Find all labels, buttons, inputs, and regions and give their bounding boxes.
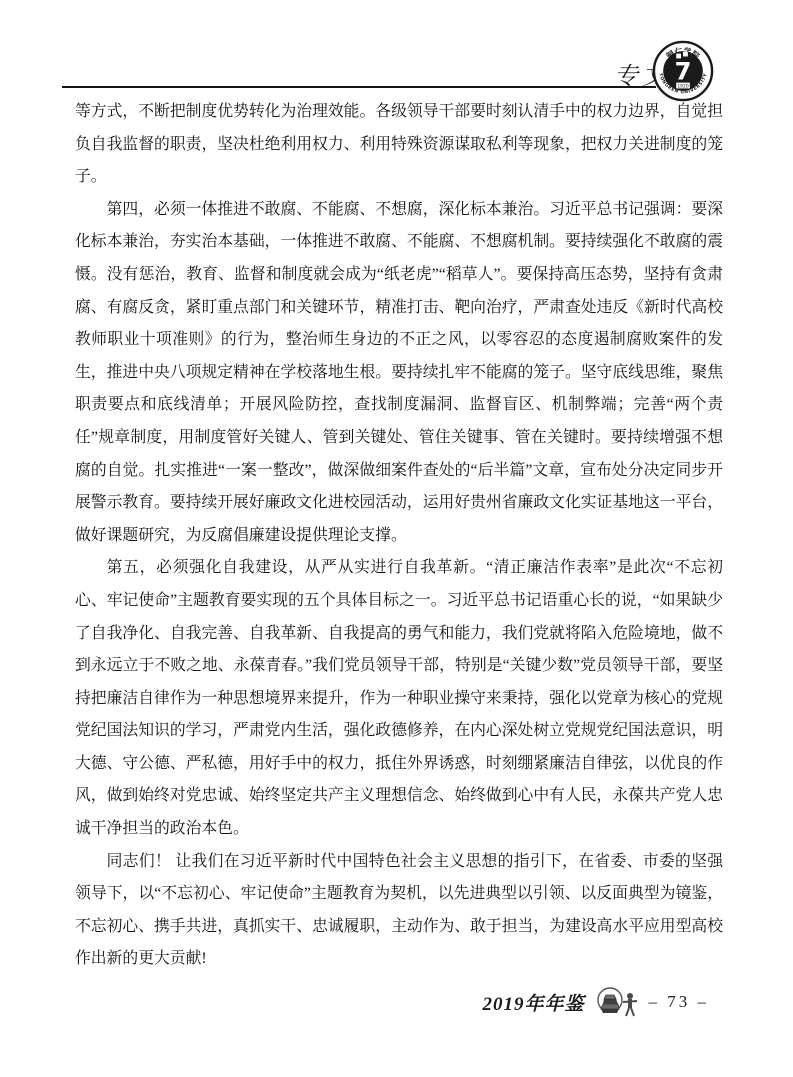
page-footer: 2019年年鉴 – 73 – (482, 982, 709, 1022)
yearbook-page: 专文 铜仁学院 TONGREN UNIVERSITY 7 1920 等方式，不断… (0, 0, 793, 1077)
header-rule (62, 86, 656, 88)
document-body: 等方式，不断把制度优势转化为治理效能。各级领导干部要时刻认清手中的权力边界，自觉… (75, 96, 723, 976)
university-seal-icon: 铜仁学院 TONGREN UNIVERSITY 7 1920 (652, 40, 714, 102)
footer-year-label: 2019年年鉴 (482, 989, 584, 1016)
paragraph-point-four: 第四，必须一体推进不敢腐、不能腐、不想腐，深化标本兼治。习近平总书记强调：要深化… (75, 194, 723, 553)
yearbook-decoration-icon (595, 985, 639, 1019)
paragraph-continuation: 等方式，不断把制度优势转化为治理效能。各级领导干部要时刻认清手中的权力边界，自觉… (75, 96, 723, 194)
paragraph-closing: 同志们！ 让我们在习近平新时代中国特色社会主义思想的指引下，在省委、市委的坚强领… (75, 846, 723, 976)
paragraph-point-five: 第五，必须强化自我建设，从严从实进行自我革新。“清正廉洁作表率”是此次“不忘初心… (75, 552, 723, 845)
seal-center-glyph: 7 (675, 58, 692, 86)
seal-banner-text: 1920 (677, 83, 688, 89)
page-number: – 73 – (649, 992, 710, 1012)
